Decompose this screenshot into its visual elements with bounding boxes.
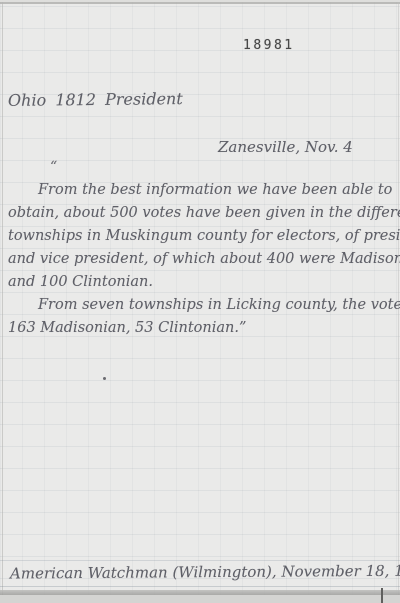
handwritten-line-3: townships in Muskingum county for electo… (8, 225, 400, 248)
opening-quote-mark: “ (50, 159, 57, 175)
document-title: Ohio 1812 President (8, 89, 183, 110)
ruled-line-above-citation (0, 560, 400, 561)
handwritten-line-1: From the best information we have been a… (8, 179, 400, 202)
handwritten-line-7: 163 Madisonian, 53 Clintonian.” (8, 317, 400, 340)
manuscript-card: 18981 Ohio 1812 President Zanesville, No… (0, 0, 400, 603)
handwritten-line-5: and 100 Clintonian. (8, 271, 400, 294)
source-citation: American Watchman (Wilmington), November… (10, 562, 400, 583)
catalog-number-stamp: 18981 (243, 38, 295, 53)
handwritten-line-2: obtain, about 500 votes have been given … (8, 202, 400, 225)
handwritten-line-4: and vice president, of which about 400 w… (8, 248, 400, 271)
bottom-right-edge-mark (381, 588, 383, 603)
dateline: Zanesville, Nov. 4 (218, 138, 353, 156)
body-text: From the best information we have been a… (8, 179, 400, 340)
handwritten-line-6: From seven townships in Licking county, … (8, 294, 400, 317)
ruled-line-below-citation (0, 586, 400, 587)
stray-ink-dot (103, 377, 106, 380)
card-top-edge (0, 2, 400, 4)
background-below-card (0, 595, 400, 603)
card-left-edge (2, 2, 3, 598)
